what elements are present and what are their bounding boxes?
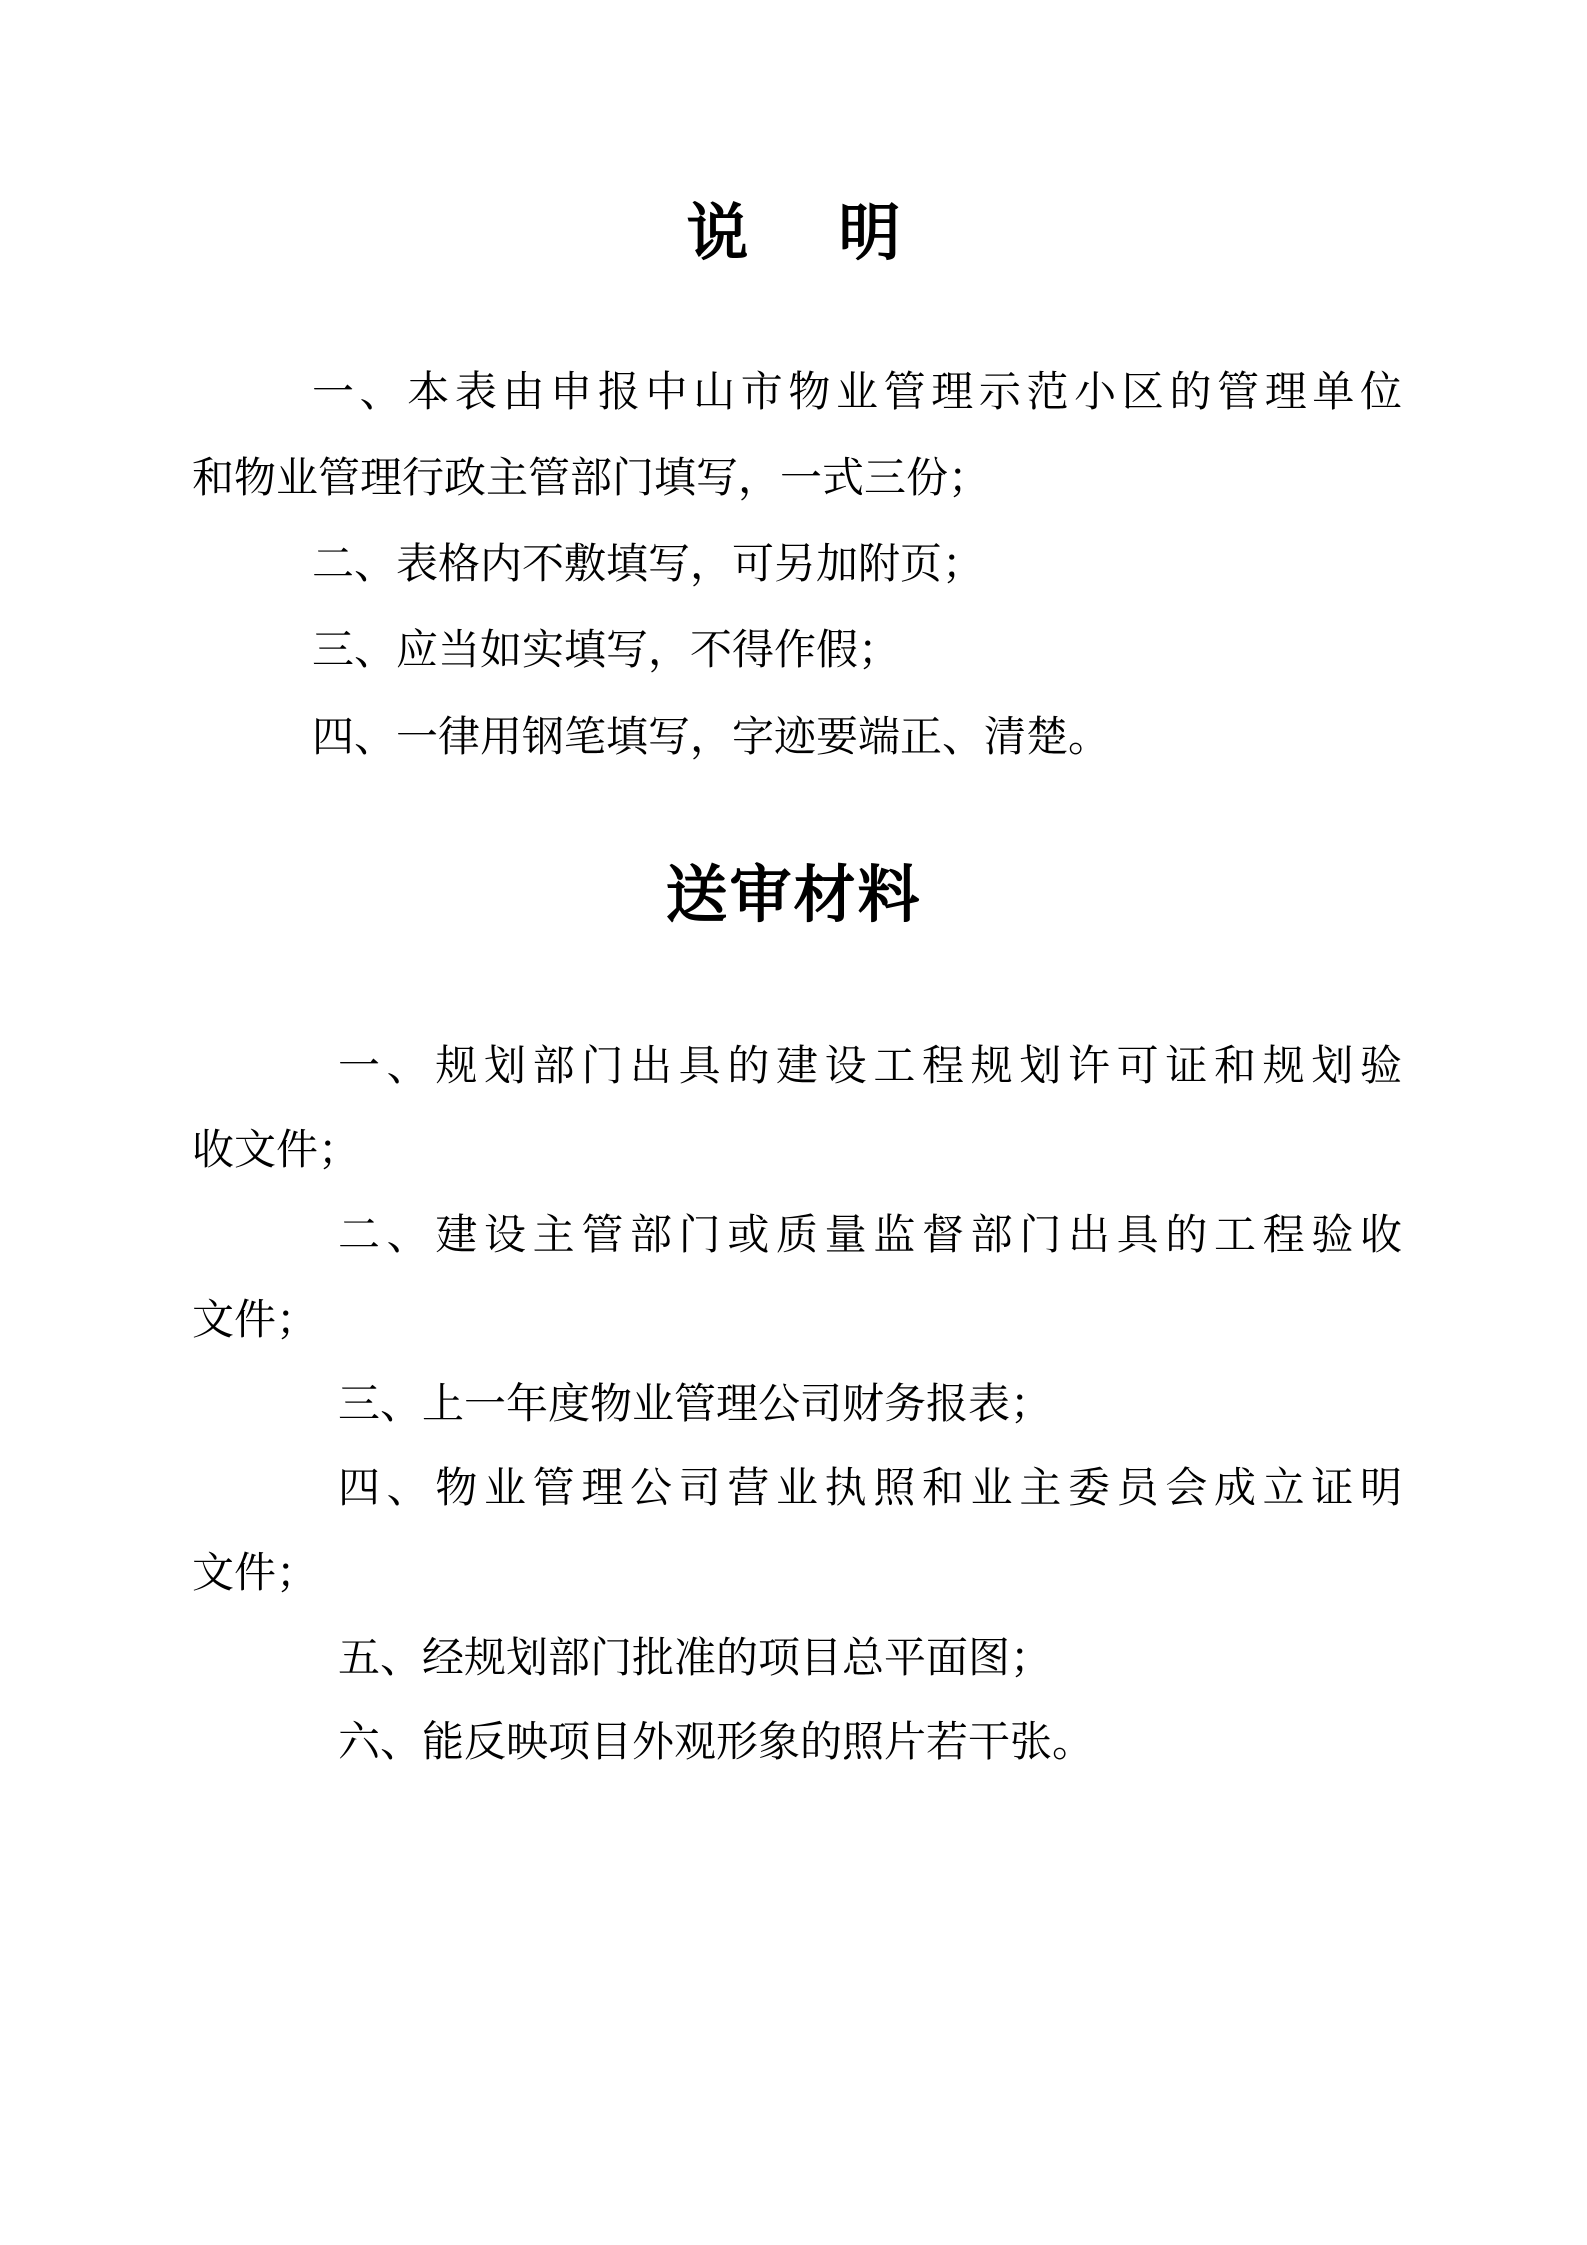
material-item-3: 三、上一年度物业管理公司财务报表； xyxy=(338,1378,1052,1430)
instruction-item-2: 二、表格内不敷填写，可另加附页； xyxy=(312,538,984,590)
section-title-submission-materials: 送审材料 xyxy=(0,860,1587,930)
instruction-item-4: 四、一律用钢笔填写，字迹要端正、清楚。 xyxy=(312,711,1110,763)
material-item-2: 二、建设主管部门或质量监督部门出具的工程验收 xyxy=(338,1209,1402,1261)
material-item-1-cont: 收文件； xyxy=(192,1124,360,1176)
instruction-item-1: 一、本表由申报中山市物业管理示范小区的管理单位 xyxy=(312,366,1402,418)
material-item-5: 五、经规划部门批准的项目总平面图； xyxy=(338,1632,1052,1684)
material-item-4-cont: 文件； xyxy=(192,1547,318,1599)
instruction-item-3: 三、应当如实填写，不得作假； xyxy=(312,624,900,676)
material-item-2-cont: 文件； xyxy=(192,1294,318,1346)
instruction-item-1-cont: 和物业管理行政主管部门填写，一式三份； xyxy=(192,452,990,504)
material-item-4: 四、物业管理公司营业执照和业主委员会成立证明 xyxy=(338,1462,1402,1514)
material-item-1: 一、规划部门出具的建设工程规划许可证和规划验 xyxy=(338,1040,1402,1092)
material-item-6: 六、能反映项目外观形象的照片若干张。 xyxy=(338,1716,1094,1768)
section-title-instructions: 说明 xyxy=(0,198,1587,268)
